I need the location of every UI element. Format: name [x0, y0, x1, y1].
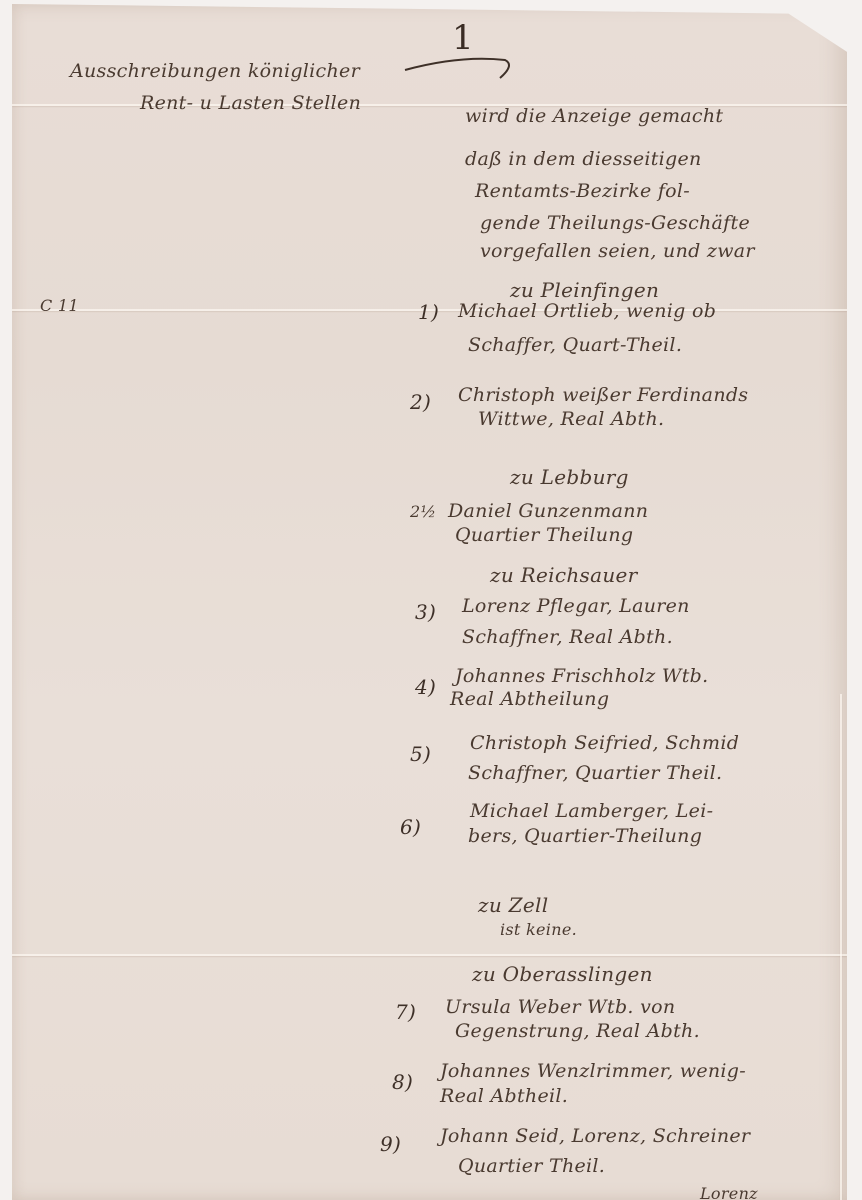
entry-line: Schaffer, Quart-Theil. — [468, 334, 682, 356]
intro-line: Rentamts-Bezirke fol- — [475, 180, 690, 202]
entry-line: Wittwe, Real Abth. — [478, 408, 664, 430]
section-place: zu Zell — [478, 893, 548, 917]
entry-line: Johannes Wenzlrimmer, wenig- — [440, 1060, 746, 1082]
entry-number: 8) — [392, 1070, 413, 1094]
entry-number: 2) — [410, 390, 431, 414]
page-number-flourish — [400, 40, 520, 80]
section-place: zu Oberasslingen — [472, 962, 653, 986]
entry-line: Schaffner, Quartier Theil. — [468, 762, 722, 784]
entry-number: 7) — [395, 1000, 416, 1024]
entry-number: 3) — [415, 600, 436, 624]
entry-line: Johann Seid, Lorenz, Schreiner — [440, 1125, 750, 1147]
intro-line: gende Theilungs-Geschäfte — [480, 212, 750, 234]
entry-line: Christoph Seifried, Schmid — [470, 732, 739, 754]
heading-line-1: Ausschreibungen königlicher — [70, 60, 360, 82]
entry-line: Real Abtheilung — [450, 688, 609, 710]
entry-line: Lorenz Pflegar, Lauren — [462, 595, 690, 617]
entry-number: 4) — [415, 675, 436, 699]
entry-line: Ursula Weber Wtb. von — [445, 996, 675, 1018]
entry-number: 2½ — [410, 502, 436, 521]
entry-line: Michael Ortlieb, wenig ob — [458, 300, 716, 322]
entry-line: bers, Quartier-Theilung — [468, 825, 702, 847]
section-place: zu Pleinfingen — [510, 278, 659, 302]
margin-mark: C 11 — [40, 296, 79, 315]
entry-number: 1) — [418, 300, 439, 324]
intro-line: vorgefallen seien, und zwar — [480, 240, 755, 262]
entry-number: 5) — [410, 742, 431, 766]
entry-line: Quartier Theilung — [455, 524, 633, 546]
section-place: zu Lebburg — [510, 465, 629, 489]
entry-line: Schaffner, Real Abth. — [462, 626, 673, 648]
paper-fold-line-vertical — [840, 694, 842, 1200]
section-place: zu Reichsauer — [490, 563, 638, 587]
catchword: Lorenz — [700, 1184, 758, 1200]
intro-line: wird die Anzeige gemacht — [465, 105, 723, 127]
intro-line: daß in dem diesseitigen — [465, 148, 702, 170]
entry-line: Real Abtheil. — [440, 1085, 568, 1107]
entry-line: Daniel Gunzenmann — [448, 500, 648, 522]
entry-line: Quartier Theil. — [458, 1155, 605, 1177]
entry-line: Gegenstrung, Real Abth. — [455, 1020, 700, 1042]
section-note: ist keine. — [500, 920, 577, 939]
entry-line: Johannes Frischholz Wtb. — [455, 665, 708, 687]
entry-line: Michael Lamberger, Lei- — [470, 800, 713, 822]
entry-line: Christoph weißer Ferdinands — [458, 384, 748, 406]
entry-number: 9) — [380, 1132, 401, 1156]
paper-fold-line — [12, 954, 847, 956]
heading-line-2: Rent- u Lasten Stellen — [140, 92, 361, 114]
entry-number: 6) — [400, 815, 421, 839]
